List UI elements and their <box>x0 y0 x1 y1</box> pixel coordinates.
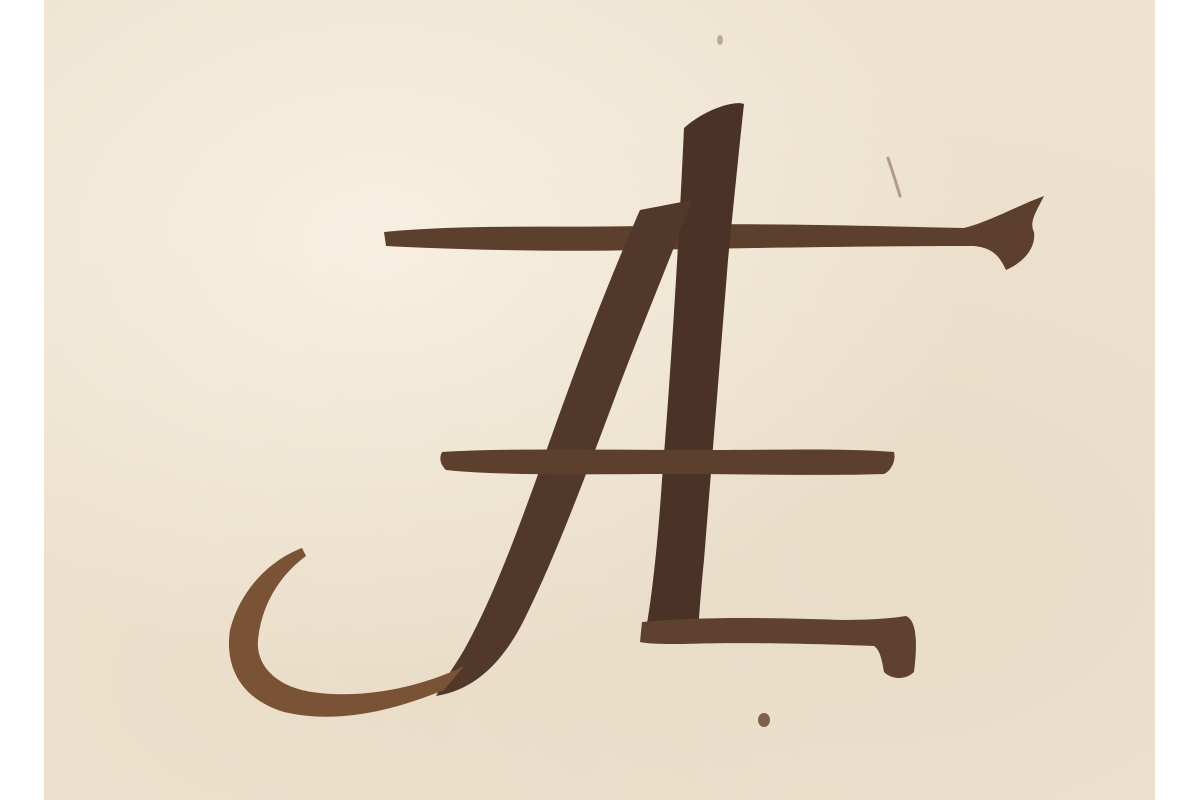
a-curl-hook <box>229 548 464 717</box>
image-frame: Handwritten AE monogram ligature in brow… <box>0 0 1200 800</box>
ink-speck <box>758 713 770 727</box>
ink-hairline <box>888 158 900 196</box>
e-vertical-stem <box>644 103 744 640</box>
e-bottom-bar <box>640 616 916 678</box>
parchment-background: Handwritten AE monogram ligature in brow… <box>44 0 1155 800</box>
middle-crossbar <box>440 450 894 475</box>
ink-speck-top <box>717 35 723 45</box>
ae-monogram-glyph <box>44 0 1155 800</box>
